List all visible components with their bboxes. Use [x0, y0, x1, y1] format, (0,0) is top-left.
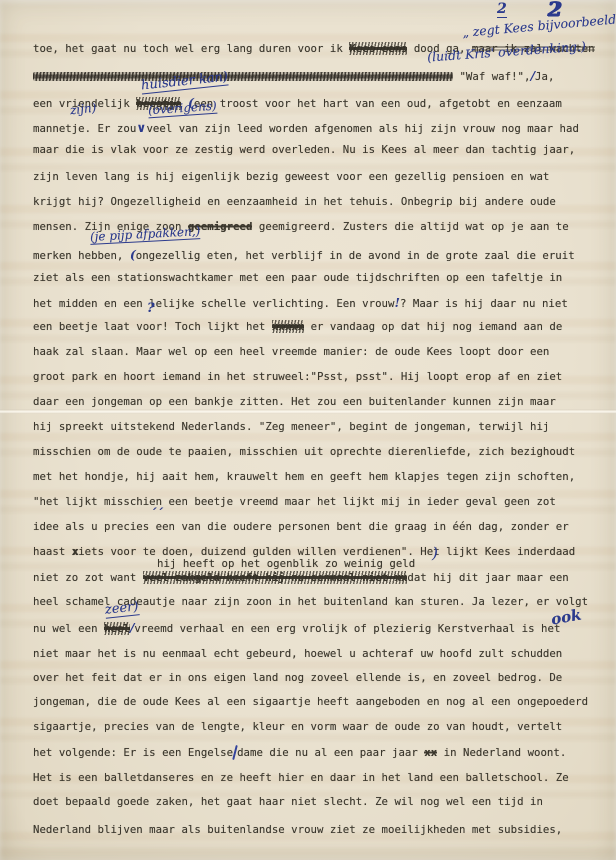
- typed-text: ziet als een stationswachtkamer met een …: [33, 271, 562, 284]
- typed-text: daar een jongeman op een bankje zitten. …: [33, 395, 556, 408]
- scribbled-out-text: [33, 72, 453, 81]
- typed-line: jongeman, die de oude Kees al een sigaar…: [33, 695, 588, 708]
- typed-text: vreemd verhaal en een erg vrolijk of ple…: [134, 622, 560, 635]
- typed-text: merken hebben,: [33, 249, 130, 262]
- typed-text: maar die is vlak voor ze zestig werd ove…: [33, 143, 575, 156]
- typed-line: daar een jongeman op een bankje zitten. …: [33, 395, 556, 408]
- typed-line: krijgt hij? Ongezelligheid en eenzaamhei…: [33, 195, 556, 208]
- ink-annotation: „ zegt Kees bijvoorbeeld.: [462, 11, 616, 40]
- typed-text: hij spreekt uitstekend Nederlands. "Zeg …: [33, 420, 549, 433]
- manuscript-page: toe, het gaat nu toch wel erg lang duren…: [0, 0, 616, 860]
- typed-line: hij spreekt uitstekend Nederlands. "Zeg …: [33, 420, 549, 433]
- struck-out-text: xx: [424, 746, 437, 759]
- ink-annotation: zijn): [69, 101, 97, 118]
- typed-line: maar die is vlak voor ze zestig werd ove…: [33, 143, 575, 156]
- ink-annotation: ook: [550, 605, 583, 628]
- typed-line: ziet als een stationswachtkamer met een …: [33, 271, 562, 284]
- typed-text: het volgende: Er is een Engelse: [33, 746, 233, 759]
- typed-text: niet zo zot want: [33, 571, 143, 584]
- typed-line: groot park en hoort iemand in het struwe…: [33, 370, 562, 383]
- typed-line: nu wel een heel/vreemd verhaal en een er…: [33, 620, 560, 635]
- typed-line: zijn leven lang is hij eigenlijk bezig g…: [33, 170, 549, 183]
- struck-out-text: veel zakgeld heeft hij nu eenmaal niet x…: [143, 571, 408, 584]
- typed-text: hij heeft op het ogenblik zo weinig geld: [157, 557, 415, 570]
- typed-text: veel van zijn leed worden afgenomen als …: [146, 122, 578, 135]
- typed-line: met het hondje, hij aait hem, krauwelt h…: [33, 470, 575, 483]
- typed-text: haast: [33, 545, 72, 558]
- typed-text: het midden en een lelijke schelle verlic…: [33, 297, 394, 310]
- typed-text: Nederland blijven maar als buitenlandse …: [33, 823, 562, 836]
- typed-text: niet maar het is nu eenmaal echt gebeurd…: [33, 647, 562, 660]
- typed-text: een troost voor het hart van een oud, af…: [194, 97, 562, 110]
- typed-text: ongezellig eten, het verblijf in de avon…: [136, 249, 575, 262]
- ink-annotation: ): [432, 544, 438, 562]
- ink-annotation: zeer): [104, 599, 139, 618]
- typed-line: misschien om de oude te paaien, misschie…: [33, 445, 575, 458]
- typed-text: misschien om de oude te paaien, misschie…: [33, 445, 575, 458]
- typed-text: geemigreerd. Zusters die altijd wat op j…: [252, 220, 568, 233]
- ink-annotation: ´´: [150, 507, 163, 522]
- struck-out-text: heel: [104, 622, 130, 635]
- typed-line: hij heeft op het ogenblik zo weinig geld: [157, 557, 415, 570]
- typed-text: toe, het gaat nu toch wel erg lang duren…: [33, 42, 349, 55]
- page-number: 2: [497, 1, 507, 18]
- typed-text: groot park en hoort iemand in het struwe…: [33, 370, 562, 383]
- typed-text: sigaartje, precies van de lengte, kleur …: [33, 720, 562, 733]
- typed-line: Nederland blijven maar als buitenlandse …: [33, 823, 562, 836]
- typed-line: mannetje. Er zou∨veel van zijn leed word…: [33, 120, 579, 135]
- typed-text: Het is een balletdanseres en ze heeft hi…: [33, 771, 569, 784]
- typed-line: "het lijkt misschien een beetje vreemd m…: [33, 495, 556, 508]
- paper-fold-crease: [0, 409, 616, 414]
- typed-text: Ja,: [535, 70, 554, 83]
- typed-text: nu wel een: [33, 622, 104, 635]
- typed-text: "Waf waf!",: [453, 70, 530, 83]
- typed-text: krijgt hij? Ongezelligheid en eenzaamhei…: [33, 195, 556, 208]
- typed-text: idee als u precies een van die oudere pe…: [33, 520, 569, 533]
- ink-annotation: ?: [147, 301, 155, 316]
- typed-line: het midden en een lelijke schelle verlic…: [33, 295, 568, 310]
- typed-line: sigaartje, precies van de lengte, kleur …: [33, 720, 562, 733]
- struck-out-text: xxxxx: [272, 320, 304, 333]
- typed-text: er vandaag op dat hij nog iemand aan de: [304, 320, 562, 333]
- typed-text: "het lijkt misschien een beetje vreemd m…: [33, 495, 556, 508]
- typed-line: haak zal slaan. Maar wel op een heel vre…: [33, 345, 549, 358]
- typed-line: niet maar het is nu eenmaal echt gebeurd…: [33, 647, 562, 660]
- typed-line: een vriendelijk beestje (een troost voor…: [33, 95, 562, 110]
- typed-line: idee als u precies een van die oudere pe…: [33, 520, 569, 533]
- typed-line: het volgende: Er is een Engelsedame die …: [33, 745, 566, 760]
- typed-line: "Waf waf!",/Ja,: [33, 68, 554, 83]
- typed-line: Het is een balletdanseres en ze heeft hi…: [33, 771, 569, 784]
- typed-line: over het feit dat er in ons eigen land n…: [33, 671, 562, 684]
- typed-text: in Nederland woont.: [437, 746, 566, 759]
- typed-text: dame die nu al een paar jaar: [237, 746, 424, 759]
- typed-line: doet bepaald goede zaken, het gaat haar …: [33, 795, 543, 808]
- typed-line: een beetje laat voor! Toch lijkt het xxx…: [33, 320, 562, 333]
- typed-text: jongeman, die de oude Kees al een sigaar…: [33, 695, 588, 708]
- typed-text: dat hij dit jaar maar een: [407, 571, 568, 584]
- typed-text: zijn leven lang is hij eigenlijk bezig g…: [33, 170, 549, 183]
- inline-ink-mark: ∨: [136, 120, 146, 135]
- typed-text: een beetje laat voor! Toch lijkt het: [33, 320, 272, 333]
- typed-text: met het hondje, hij aait hem, krauwelt h…: [33, 470, 575, 483]
- typed-line: niet zo zot want veel zakgeld heeft hij …: [33, 571, 569, 584]
- typed-text: haak zal slaan. Maar wel op een heel vre…: [33, 345, 549, 358]
- typed-text: ? Maar is hij daar nu niet: [400, 297, 568, 310]
- struck-out-text: Kees eens: [349, 42, 407, 55]
- typed-text: mannetje. Er zou: [33, 122, 136, 135]
- typed-line: merken hebben, (ongezellig eten, het ver…: [33, 247, 575, 262]
- typed-text: over het feit dat er in ons eigen land n…: [33, 671, 562, 684]
- typed-text: doet bepaald goede zaken, het gaat haar …: [33, 795, 543, 808]
